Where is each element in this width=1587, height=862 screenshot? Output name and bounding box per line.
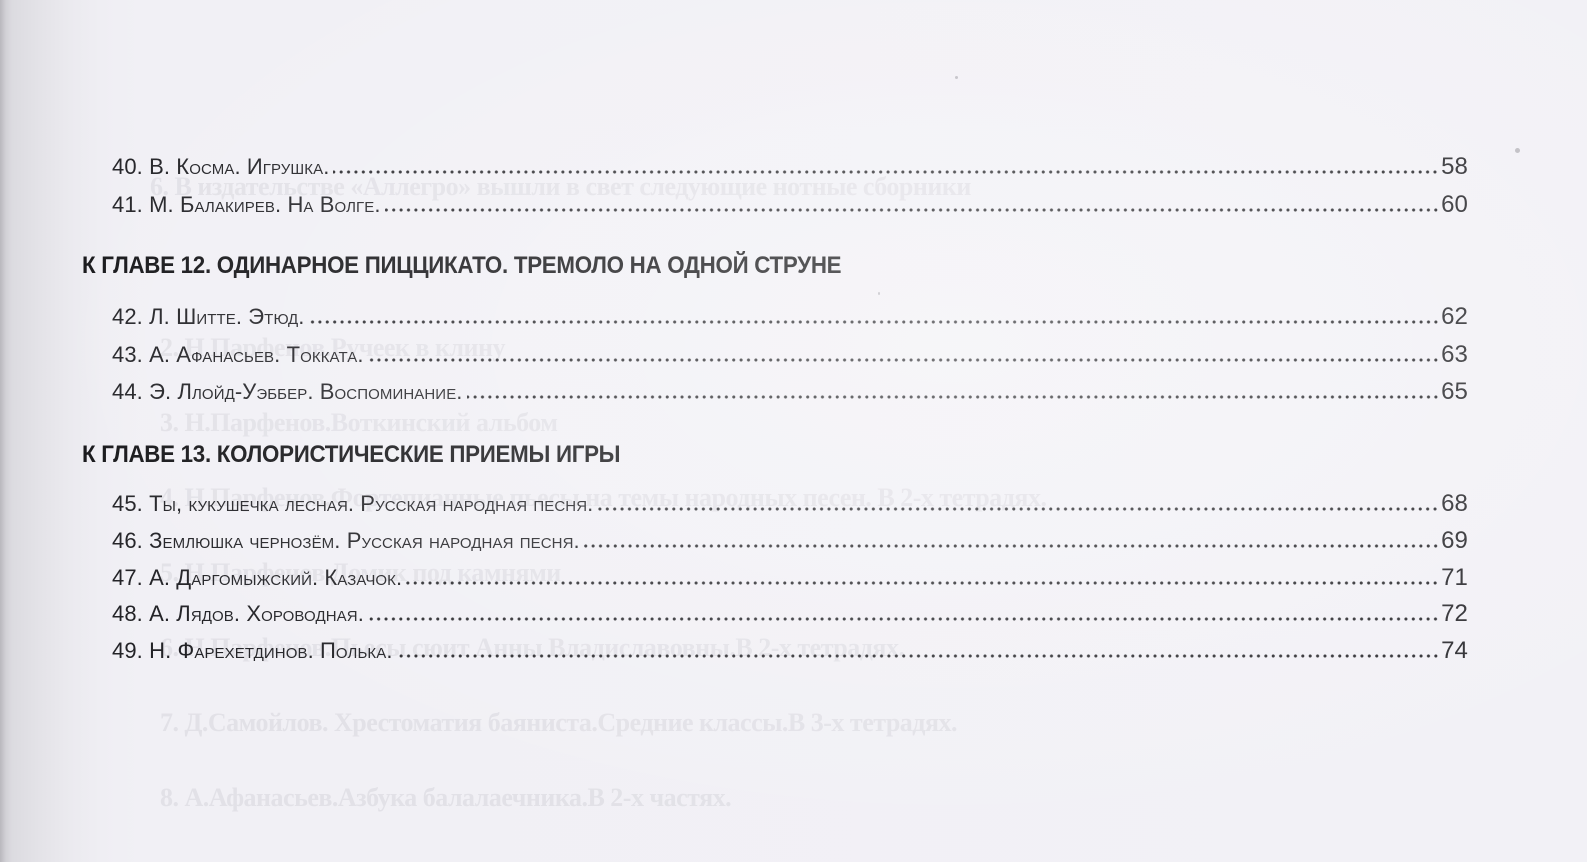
toc-entry[interactable]: 42. Л. Шитте. Этюд. 62	[112, 303, 1468, 331]
entry-title: Н. Фарехетдинов. Полька.	[149, 637, 392, 665]
bleed-through-text: 8. А.Афанасьев.Азбука балалаечника.В 2-х…	[160, 783, 731, 813]
toc-entry[interactable]: 41. М. Балакирев. На Волге. 60	[112, 191, 1468, 219]
entry-page-number: 74	[1441, 637, 1468, 665]
entry-number: 48.	[112, 600, 143, 628]
dot-leader	[397, 654, 1440, 658]
entry-page-number: 62	[1441, 303, 1468, 331]
entry-page-number: 60	[1441, 191, 1468, 219]
scanned-page: 6. В издательстве «Аллегро» вышли в свет…	[0, 0, 1587, 862]
entry-number: 42.	[112, 303, 143, 331]
dot-leader	[368, 617, 1439, 621]
entry-title: Ты, кукушечка лесная. Русская народная п…	[149, 490, 593, 518]
dot-leader	[406, 581, 1439, 585]
dot-leader	[597, 507, 1439, 511]
entry-page-number: 58	[1441, 153, 1468, 181]
bleed-through-text: 7. Д.Самойлов. Хрестоматия баяниста.Сред…	[160, 708, 957, 738]
chapter-heading: К ГЛАВЕ 13. КОЛОРИСТИЧЕСКИЕ ПРИЕМЫ ИГРЫ	[82, 440, 620, 470]
entry-page-number: 68	[1441, 490, 1468, 518]
toc-entry[interactable]: 40. В. Косма. Игрушка. 58	[112, 153, 1468, 181]
entry-number: 43.	[112, 341, 143, 369]
dot-leader	[467, 395, 1440, 399]
entry-number: 44.	[112, 378, 143, 406]
toc-entry[interactable]: 47. А. Даргомыжский. Казачок. 71	[112, 564, 1468, 592]
chapter-heading: К ГЛАВЕ 12. ОДИНАРНОЕ ПИЦЦИКАТО. ТРЕМОЛО…	[82, 251, 841, 281]
entry-number: 40.	[112, 153, 143, 181]
toc-entry[interactable]: 48. А. Лядов. Хороводная. 72	[112, 600, 1468, 628]
dot-leader	[584, 544, 1439, 548]
toc-entry[interactable]: 44. Э. Ллойд-Уэббер. Воспоминание. 65	[112, 378, 1468, 406]
entry-number: 41.	[112, 191, 143, 219]
entry-title: Л. Шитте. Этюд.	[149, 303, 304, 331]
entry-page-number: 63	[1441, 341, 1468, 369]
entry-title: Э. Ллойд-Уэббер. Воспоминание.	[149, 378, 462, 406]
entry-page-number: 65	[1441, 378, 1468, 406]
entry-title: М. Балакирев. На Волге.	[149, 191, 381, 219]
entry-page-number: 69	[1441, 527, 1468, 555]
entry-title: В. Косма. Игрушка.	[149, 153, 329, 181]
entry-title: А. Афанасьев. Токката.	[149, 341, 363, 369]
paper-speck	[955, 76, 958, 79]
toc-entry[interactable]: 46. Землюшка чернозём. Русская народная …	[112, 527, 1468, 555]
entry-number: 47.	[112, 564, 143, 592]
paper-speck	[878, 292, 880, 295]
toc-entry[interactable]: 45. Ты, кукушечка лесная. Русская народн…	[112, 490, 1468, 518]
toc-entry[interactable]: 43. А. Афанасьев. Токката. 63	[112, 341, 1468, 369]
dot-leader	[333, 170, 1439, 174]
entry-number: 46.	[112, 527, 143, 555]
toc-entry[interactable]: 49. Н. Фарехетдинов. Полька. 74	[112, 637, 1468, 665]
dot-leader	[385, 208, 1439, 212]
entry-title: Землюшка чернозём. Русская народная песн…	[149, 527, 580, 555]
dot-leader	[309, 320, 1440, 324]
dot-leader	[368, 358, 1440, 362]
entry-title: А. Даргомыжский. Казачок.	[149, 564, 402, 592]
entry-page-number: 72	[1441, 600, 1468, 628]
bleed-through-text: 3. Н.Парфенов.Воткинский альбом	[160, 408, 557, 438]
paper-speck	[1515, 148, 1520, 153]
entry-number: 49.	[112, 637, 143, 665]
entry-number: 45.	[112, 490, 143, 518]
entry-page-number: 71	[1441, 564, 1468, 592]
entry-title: А. Лядов. Хороводная.	[149, 600, 364, 628]
